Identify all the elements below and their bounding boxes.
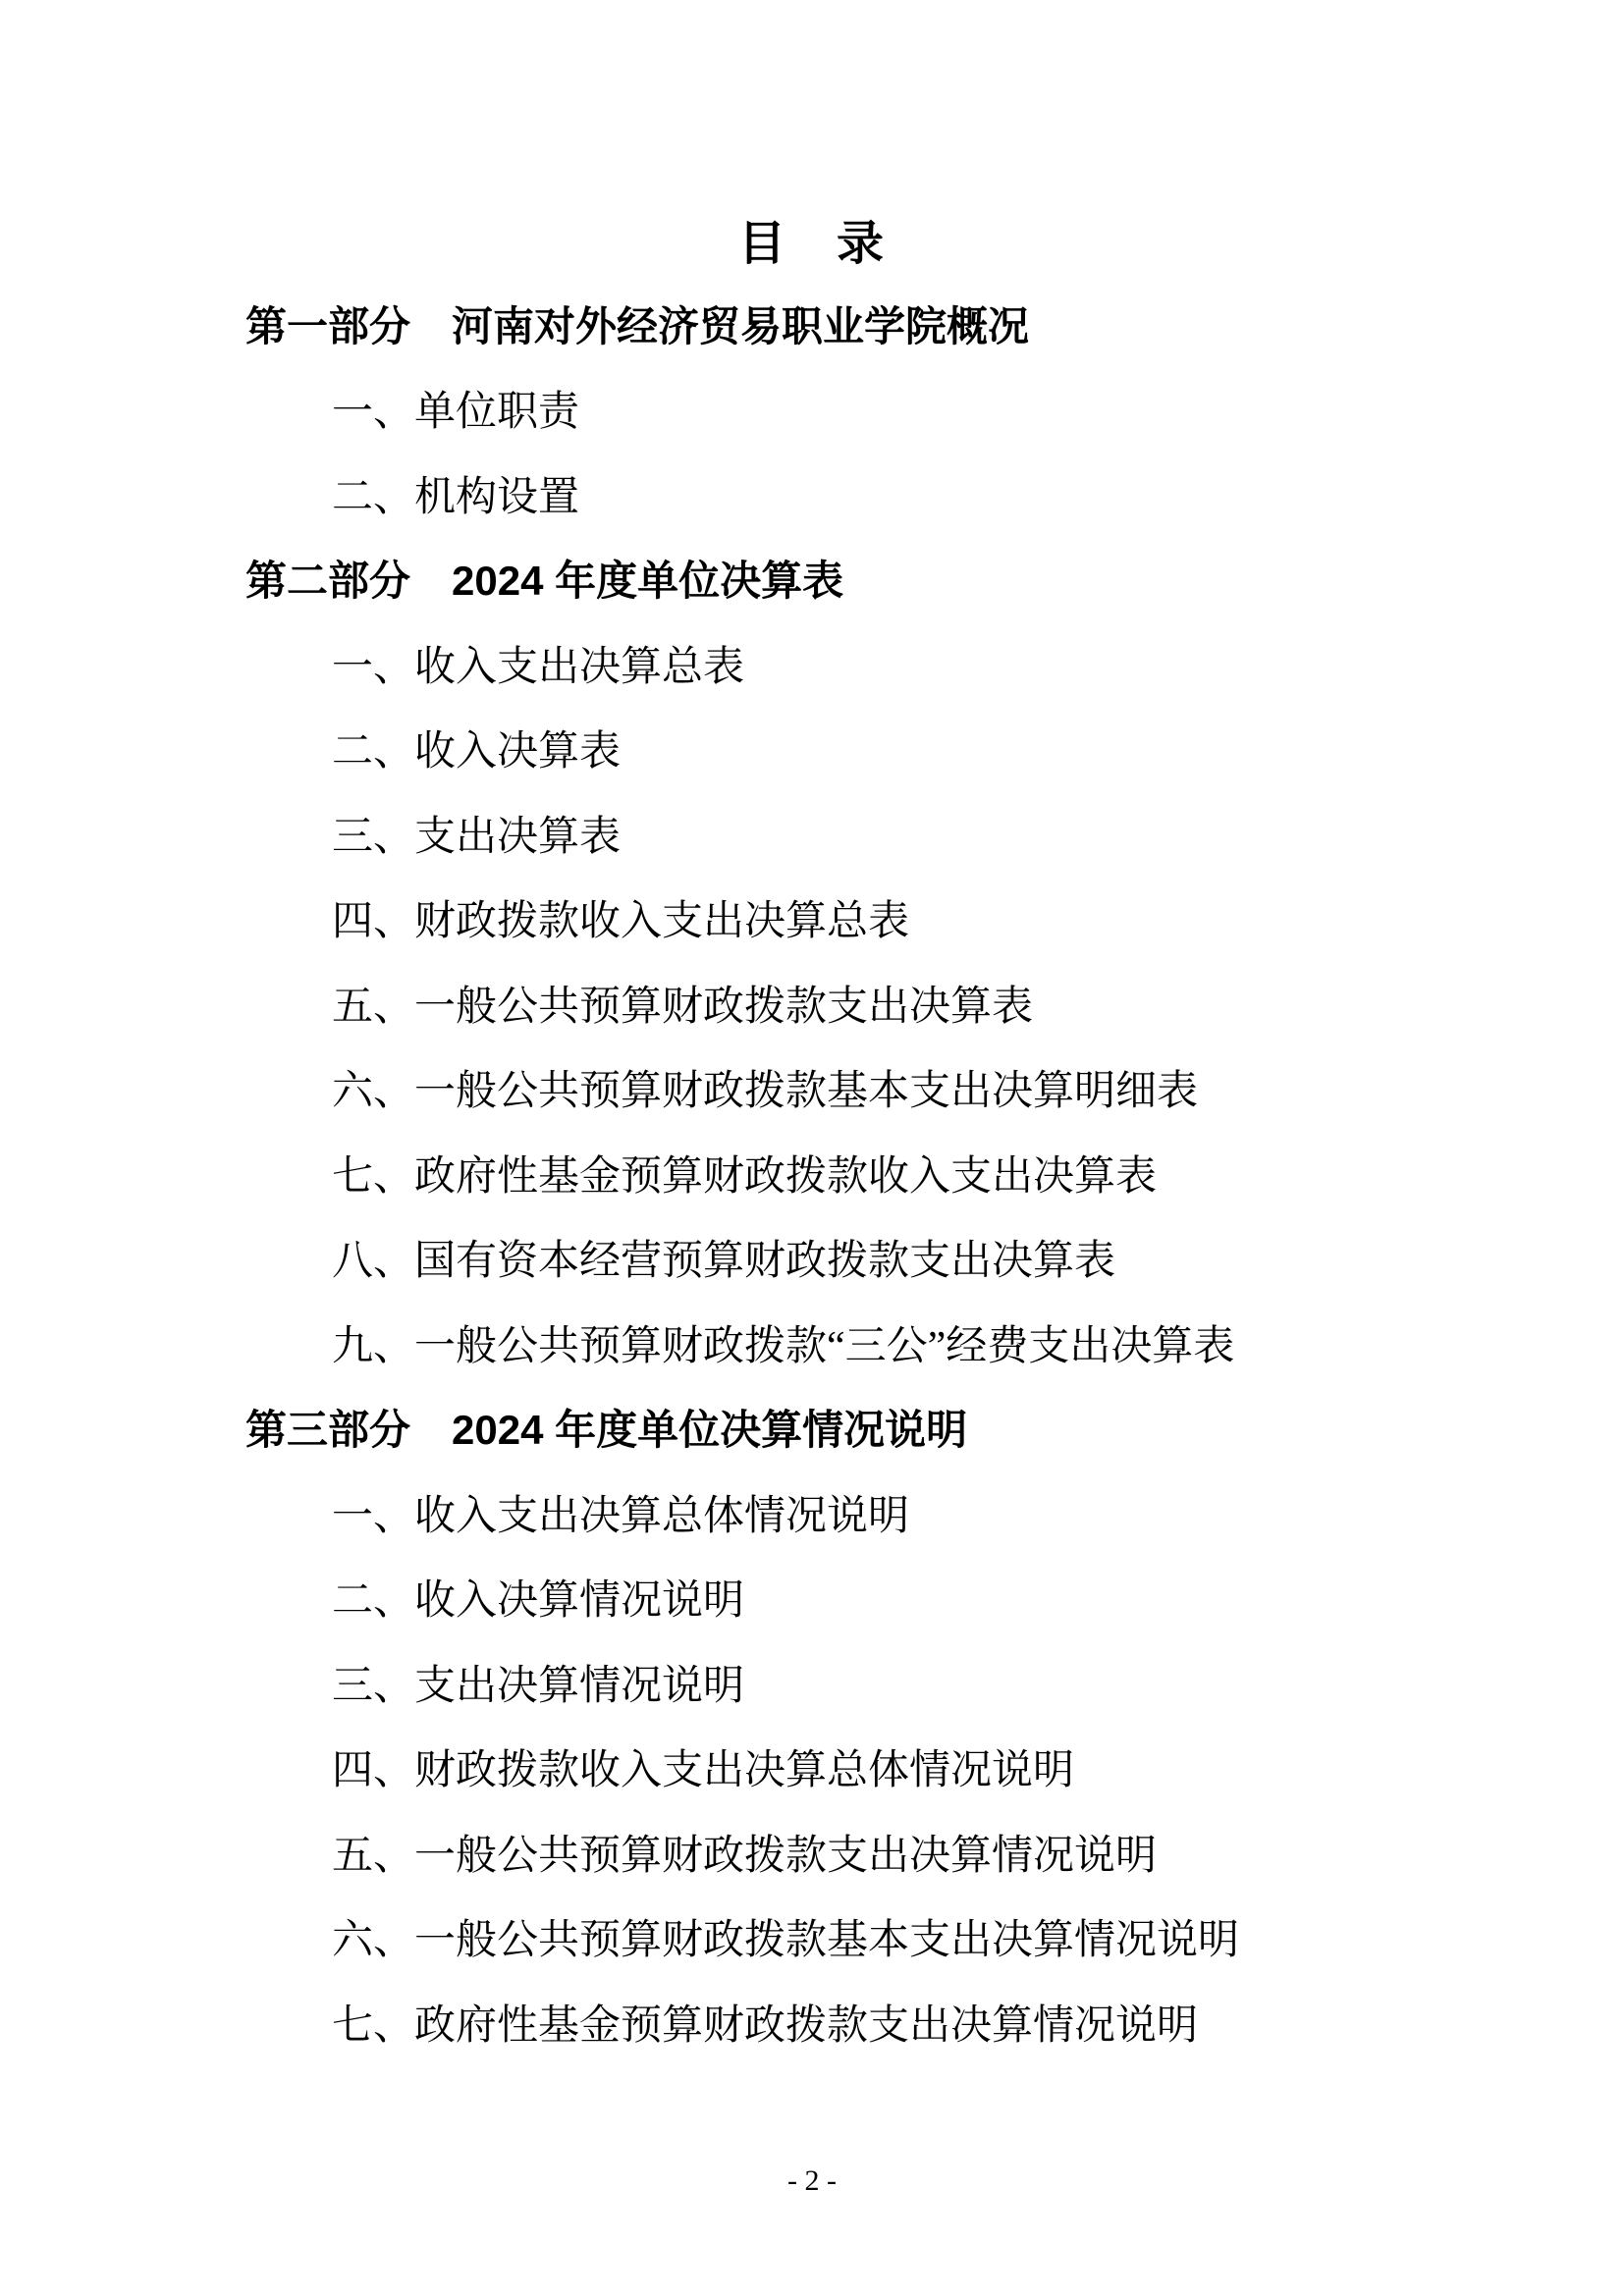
toc-item: 七、政府性基金预算财政拨款收入支出决算表 — [332, 1144, 1157, 1202]
toc-item: 五、一般公共预算财政拨款支出决算表 — [332, 974, 1033, 1033]
toc-item-row: 一、收入支出决算总体情况说明 — [0, 1470, 1624, 1556]
toc-item-row: 五、一般公共预算财政拨款支出决算情况说明 — [0, 1810, 1624, 1896]
toc-item-row: 九、一般公共预算财政拨款“三公”经费支出决算表 — [0, 1301, 1624, 1386]
document-page: 目 录 第一部分 河南对外经济贸易职业学院概况 一、单位职责 二、机构设置 第二… — [0, 0, 1624, 2296]
page-title: 目 录 — [738, 205, 886, 273]
toc-item-row: 四、财政拨款收入支出决算总体情况说明 — [0, 1725, 1624, 1810]
toc-item: 六、一般公共预算财政拨款基本支出决算情况说明 — [332, 1907, 1239, 1966]
section-2-heading: 第二部分 2024 年度单位决算表 — [245, 549, 843, 608]
toc-item: 七、政府性基金预算财政拨款支出决算情况说明 — [332, 1993, 1198, 2052]
title-row: 目 录 — [0, 196, 1624, 282]
toc-item-row: 六、一般公共预算财政拨款基本支出决算明细表 — [0, 1045, 1624, 1131]
section-heading-row: 第二部分 2024 年度单位决算表 — [0, 536, 1624, 621]
toc-item-row: 二、收入决算情况说明 — [0, 1555, 1624, 1640]
toc-item: 五、一般公共预算财政拨款支出决算情况说明 — [332, 1823, 1157, 1882]
toc-item: 八、国有资本经营预算财政拨款支出决算表 — [332, 1228, 1115, 1287]
toc-item: 二、收入决算情况说明 — [332, 1568, 744, 1627]
toc-item: 四、财政拨款收入支出决算总体情况说明 — [332, 1737, 1074, 1796]
toc-item: 二、收入决算表 — [332, 719, 621, 777]
section-3-heading: 第三部分 2024 年度单位决算情况说明 — [245, 1398, 967, 1457]
toc-item-row: 八、国有资本经营预算财政拨款支出决算表 — [0, 1215, 1624, 1301]
toc-item-row: 三、支出决算表 — [0, 791, 1624, 877]
toc-item-row: 二、收入决算表 — [0, 706, 1624, 791]
toc-item-row: 三、支出决算情况说明 — [0, 1640, 1624, 1726]
toc-item: 二、机构设置 — [332, 464, 579, 523]
section-1-heading: 第一部分 河南对外经济贸易职业学院概况 — [245, 294, 1029, 353]
toc-item: 一、收入支出决算总表 — [332, 634, 744, 693]
toc-item: 四、财政拨款收入支出决算总表 — [332, 888, 909, 947]
page-footer: - 2 - — [0, 2164, 1624, 2198]
toc-item-row: 六、一般公共预算财政拨款基本支出决算情况说明 — [0, 1895, 1624, 1980]
toc-item-row: 二、机构设置 — [0, 452, 1624, 537]
table-of-contents: 目 录 第一部分 河南对外经济贸易职业学院概况 一、单位职责 二、机构设置 第二… — [0, 0, 1624, 2064]
toc-item-row: 五、一般公共预算财政拨款支出决算表 — [0, 961, 1624, 1046]
toc-item: 三、支出决算表 — [332, 804, 621, 863]
page-number: - 2 - — [787, 2164, 837, 2197]
toc-item-row: 七、政府性基金预算财政拨款收入支出决算表 — [0, 1131, 1624, 1216]
section-heading-row: 第三部分 2024 年度单位决算情况说明 — [0, 1385, 1624, 1470]
toc-item: 一、收入支出决算总体情况说明 — [332, 1483, 909, 1542]
toc-item-row: 四、财政拨款收入支出决算总表 — [0, 876, 1624, 961]
toc-item: 三、支出决算情况说明 — [332, 1653, 744, 1712]
toc-item: 九、一般公共预算财政拨款“三公”经费支出决算表 — [332, 1313, 1234, 1372]
toc-item-row: 一、收入支出决算总表 — [0, 621, 1624, 707]
section-heading-row: 第一部分 河南对外经济贸易职业学院概况 — [0, 282, 1624, 367]
toc-item: 一、单位职责 — [332, 379, 579, 438]
toc-item: 六、一般公共预算财政拨款基本支出决算明细表 — [332, 1058, 1198, 1117]
toc-item-row: 七、政府性基金预算财政拨款支出决算情况说明 — [0, 1980, 1624, 2065]
toc-item-row: 一、单位职责 — [0, 366, 1624, 452]
